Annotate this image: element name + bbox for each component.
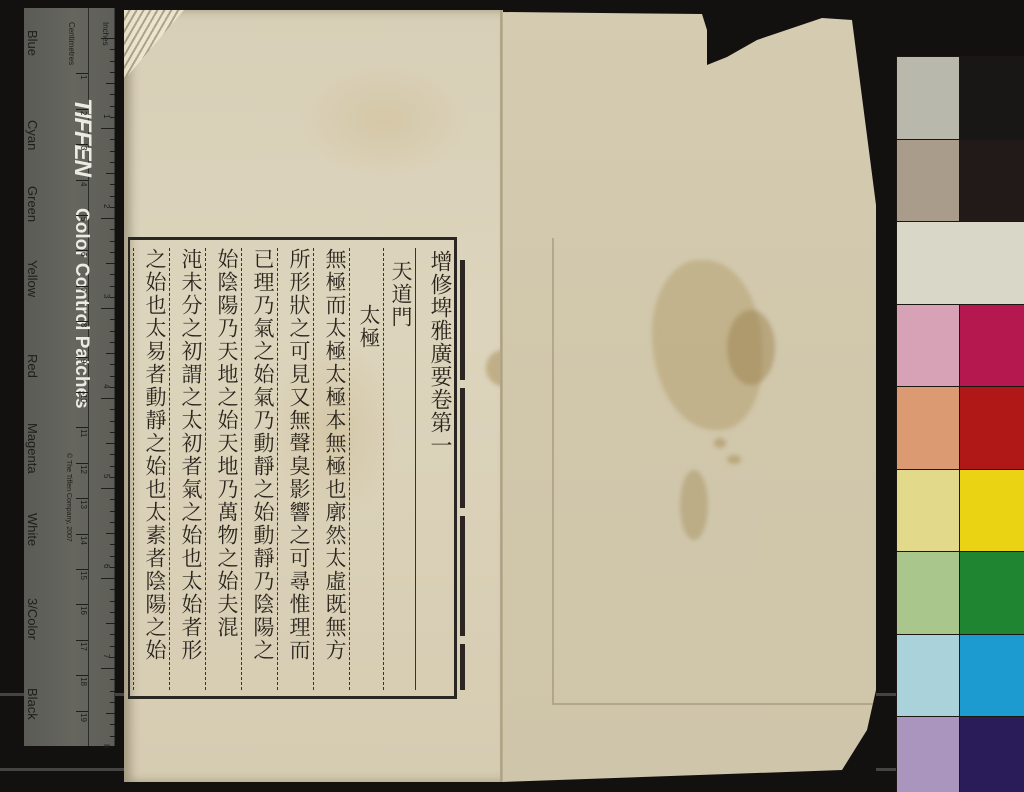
- cm-number: 12: [79, 465, 88, 474]
- inch-tick: [101, 578, 115, 579]
- inch-tick: [110, 196, 115, 197]
- color-label-black: Black: [25, 688, 40, 720]
- inch-tick: [101, 128, 115, 129]
- color-label-yellow: Yellow: [25, 260, 40, 297]
- cm-number: 15: [79, 571, 88, 580]
- cm-number: 1: [79, 75, 88, 79]
- stain-spot: [714, 438, 726, 448]
- text-column-5: 沌未分之初謂之太初者氣之始也太始者形: [169, 248, 206, 690]
- inch-tick: [106, 83, 115, 84]
- page-fold: [500, 10, 503, 782]
- cm-number: 16: [79, 606, 88, 615]
- inch-tick: [106, 623, 115, 624]
- patch-yellow: [959, 469, 1024, 553]
- color-label-red: Red: [25, 354, 40, 378]
- color-label-3-color: 3/Color: [25, 598, 40, 640]
- text-column-6: 之始也太易者動靜之始也太素者陰陽之始: [133, 248, 170, 690]
- inch-tick: [110, 499, 115, 500]
- inch-tick: [110, 601, 115, 602]
- product-title: Color Control Patches: [70, 208, 92, 409]
- tiffen-color-strip: 12345678 Inches Centimetres TIFFEN Color…: [24, 8, 115, 746]
- cm-number: 3: [79, 146, 88, 150]
- color-label-blue: Blue: [25, 30, 40, 56]
- text-line: 無極而太極太極本無極也廓然太虛既無方: [314, 248, 350, 662]
- inch-tick: [110, 454, 115, 455]
- inch-tick: [110, 252, 115, 253]
- color-label-green: Green: [25, 186, 40, 222]
- inch-tick: [110, 409, 115, 410]
- inch-tick: [110, 72, 115, 73]
- inch-tick: [110, 679, 115, 680]
- inch-tick: [110, 139, 115, 140]
- inch-tick: [110, 589, 115, 590]
- guide-line: [0, 768, 124, 771]
- cm-number: 7: [79, 288, 88, 292]
- inch-number: 4: [102, 384, 111, 388]
- inch-number: 5: [102, 474, 111, 478]
- patch-lavender: [896, 716, 959, 792]
- inch-tick: [110, 466, 115, 467]
- inch-number: 3: [102, 294, 111, 298]
- cm-tick: [76, 215, 88, 216]
- text-line: 之始也太易者動靜之始也太素者陰陽之始: [134, 248, 170, 662]
- inch-tick: [110, 286, 115, 287]
- inch-tick: [110, 511, 115, 512]
- cm-number: 11: [79, 429, 88, 437]
- inch-tick: [106, 443, 115, 444]
- cm-number: 14: [79, 536, 88, 545]
- inch-tick: [101, 218, 115, 219]
- inch-tick: [110, 274, 115, 275]
- cm-number: 18: [79, 677, 88, 686]
- inch-number: 2: [102, 204, 111, 208]
- cm-number: 6: [79, 252, 88, 256]
- patch-light-green: [896, 551, 959, 635]
- inch-tick: [110, 364, 115, 365]
- inch-tick: [110, 724, 115, 725]
- inch-tick: [110, 736, 115, 737]
- copyright-text: © The Tiffen Company, 2007: [65, 453, 72, 542]
- patch-cyan: [959, 634, 1024, 718]
- patch-light-yellow: [896, 469, 959, 553]
- inch-tick: [106, 353, 115, 354]
- scan-scene: 12345678 Inches Centimetres TIFFEN Color…: [0, 0, 1024, 792]
- inch-tick: [106, 173, 115, 174]
- cm-tick: [76, 392, 88, 393]
- inch-tick: [110, 241, 115, 242]
- inch-tick: [101, 668, 115, 669]
- right-page: [502, 10, 876, 782]
- text-column-3: 已理乃氣之始氣乃動靜之始動靜乃陰陽之: [241, 248, 278, 690]
- inch-tick: [110, 319, 115, 320]
- patch-black: [959, 56, 1024, 140]
- inch-tick: [110, 544, 115, 545]
- open-book: 增修埤雅廣要卷第一 天道門 太極 無極而太極太極本無極也廓然太虛既無方 所形狀之…: [124, 10, 876, 782]
- book-title: 增修埤雅廣要卷第一: [416, 248, 454, 457]
- cm-tick: [76, 286, 88, 287]
- patch-dark-brown: [959, 139, 1024, 223]
- inch-tick: [110, 702, 115, 703]
- patch-red: [959, 386, 1024, 470]
- text-line: 已理乃氣之始氣乃動靜之始動靜乃陰陽之: [242, 248, 278, 662]
- inch-tick: [110, 522, 115, 523]
- title-column: 增修埤雅廣要卷第一: [415, 248, 454, 690]
- cm-number: 10: [79, 394, 88, 403]
- inch-tick: [110, 162, 115, 163]
- section-heading: 天道門: [384, 248, 416, 329]
- patch-light-cyan: [896, 634, 959, 718]
- water-stain: [680, 470, 708, 540]
- cm-tick: [76, 463, 88, 464]
- color-label-cyan: Cyan: [25, 120, 40, 150]
- inch-number: 6: [102, 564, 111, 568]
- inch-tick: [101, 398, 115, 399]
- text-line: 始陰陽乃天地之始天地乃萬物之始夫混: [206, 248, 242, 639]
- inch-tick: [101, 488, 115, 489]
- cm-tick: [76, 640, 88, 641]
- patch-peach: [896, 386, 959, 470]
- text-line: 沌未分之初謂之太初者氣之始也太始者形: [170, 248, 206, 662]
- cm-tick: [76, 569, 88, 570]
- inch-tick: [110, 421, 115, 422]
- cm-tick: [76, 180, 88, 181]
- patch-neutral-tan: [896, 139, 959, 223]
- inch-tick: [110, 556, 115, 557]
- inch-tick: [110, 691, 115, 692]
- inch-tick: [110, 342, 115, 343]
- stain-spot: [727, 455, 741, 464]
- inches-label: Inches: [101, 22, 110, 46]
- cm-number: 4: [79, 182, 88, 186]
- left-page: 增修埤雅廣要卷第一 天道門 太極 無極而太極太極本無極也廓然太虛既無方 所形狀之…: [124, 10, 502, 782]
- cm-number: 19: [79, 713, 88, 722]
- water-stain: [727, 310, 775, 385]
- inch-tick: [110, 94, 115, 95]
- cm-tick: [76, 711, 88, 712]
- text-column-2: 所形狀之可見又無聲臭影響之可尋惟理而: [277, 248, 314, 690]
- inch-tick: [110, 331, 115, 332]
- inch-number: 1: [102, 114, 111, 118]
- page-edges: [124, 10, 184, 80]
- inch-tick: [110, 229, 115, 230]
- patch-pink: [896, 304, 959, 388]
- subsection-column: 太極: [349, 248, 384, 690]
- cm-tick: [76, 109, 88, 110]
- patch-neutral-light: [896, 56, 959, 140]
- inch-tick: [110, 61, 115, 62]
- inch-tick: [110, 184, 115, 185]
- patch-white: [896, 221, 1024, 305]
- cm-number: 2: [79, 111, 88, 115]
- patch-magenta: [959, 304, 1024, 388]
- guide-line: [876, 693, 896, 696]
- inch-tick: [110, 646, 115, 647]
- inch-tick: [110, 634, 115, 635]
- inch-tick: [110, 612, 115, 613]
- cm-tick: [76, 357, 88, 358]
- text-column-4: 始陰陽乃天地之始天地乃萬物之始夫混: [205, 248, 242, 690]
- cm-number: 17: [79, 642, 88, 651]
- inch-number: 7: [102, 654, 111, 658]
- inch-tick: [106, 713, 115, 714]
- cm-number: 8: [79, 323, 88, 327]
- inch-tick: [110, 432, 115, 433]
- guide-line: [876, 768, 896, 771]
- section-column: 天道門: [383, 248, 416, 690]
- cm-number: 9: [79, 359, 88, 363]
- text-column-1: 無極而太極太極本無極也廓然太虛既無方: [313, 248, 350, 690]
- cm-number: 5: [79, 217, 88, 221]
- patch-blue: [959, 716, 1024, 792]
- color-label-magenta: Magenta: [25, 423, 40, 474]
- inch-tick: [110, 106, 115, 107]
- patch-green: [959, 551, 1024, 635]
- cm-number: 13: [79, 500, 88, 509]
- inch-tick: [110, 376, 115, 377]
- cm-tick: [76, 534, 88, 535]
- color-patches: [896, 56, 1024, 792]
- inch-tick: [110, 151, 115, 152]
- color-label-white: White: [25, 513, 40, 546]
- subsection-heading: 太極: [350, 248, 384, 350]
- inch-tick: [101, 308, 115, 309]
- inch-tick: [106, 263, 115, 264]
- centimetres-label: Centimetres: [67, 22, 76, 65]
- text-line: 所形狀之可見又無聲臭影響之可尋惟理而: [278, 248, 314, 662]
- inch-number: 8: [102, 744, 111, 748]
- inch-tick: [106, 533, 115, 534]
- printed-text-block: 增修埤雅廣要卷第一 天道門 太極 無極而太極太極本無極也廓然太虛既無方 所形狀之…: [128, 237, 457, 699]
- inch-tick: [110, 49, 115, 50]
